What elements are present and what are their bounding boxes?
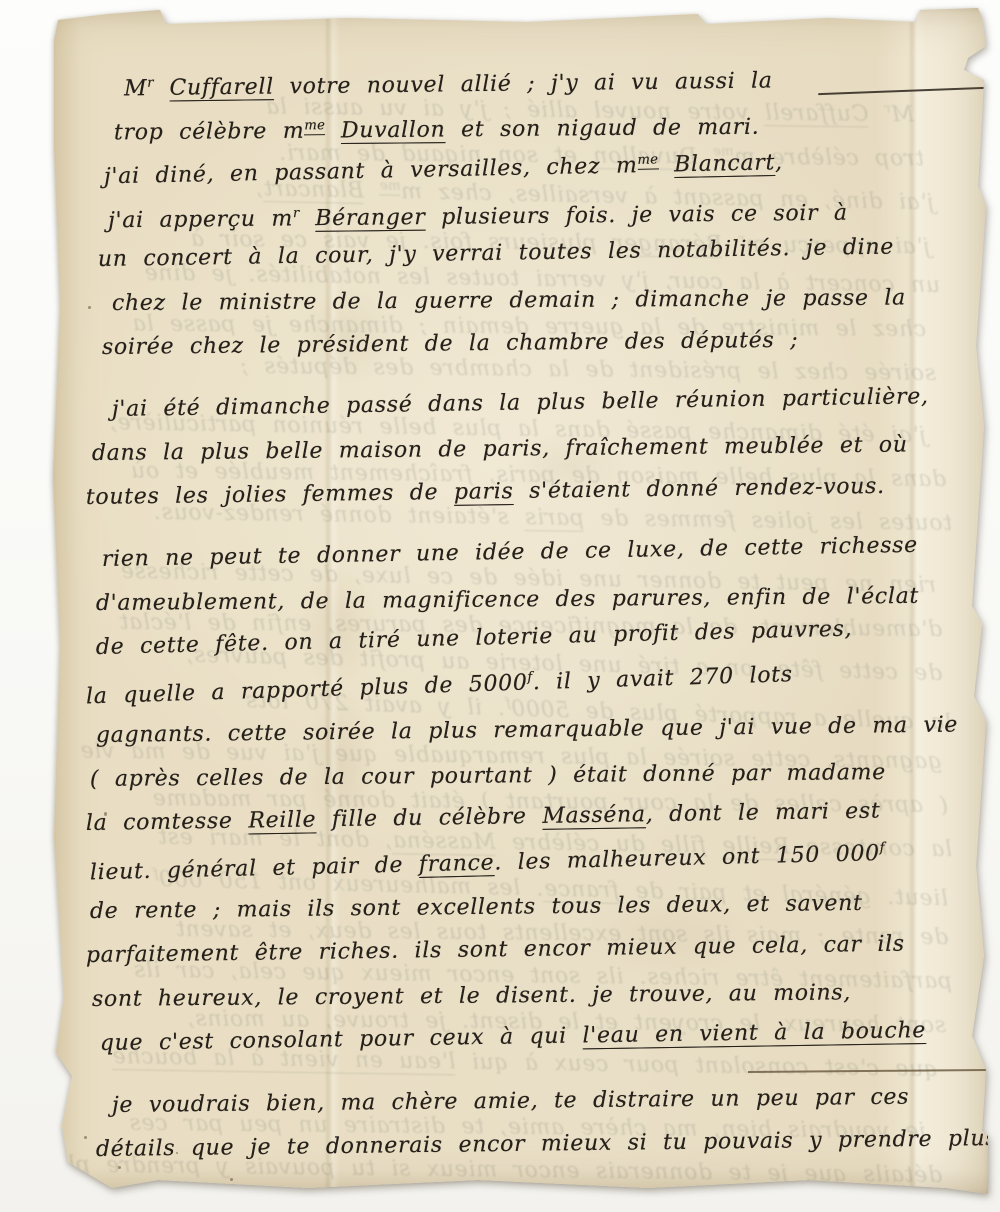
- letter-text-segment: votre nouvel allié ; j'y ai vu aussi la: [274, 68, 773, 99]
- letter-text-segment: [325, 118, 341, 143]
- letter-line: rien ne peut te donner une idée de ce lu…: [102, 523, 951, 582]
- letter-line: gagnants. cette soirée la plus remarquab…: [96, 704, 950, 758]
- letter-text-segment: [154, 76, 170, 101]
- letter-text-segment: chez le ministre de la guerre demain ; d…: [112, 285, 906, 316]
- letter-text-segment: f: [880, 841, 886, 856]
- letter-text-segment: détails que je te donnerais encor mieux …: [96, 1126, 990, 1162]
- letter-text-segment: j'ai apperçu m: [108, 206, 293, 233]
- letter-text-segment: [299, 206, 315, 231]
- letter-text-segment: Reille: [248, 807, 316, 833]
- letter-line: Mr Cuffarell votre nouvel allié ; j'y ai…: [124, 52, 950, 106]
- paper-sheet-wrap: Mr Cuffarell votre nouvel allié ; j'y ai…: [48, 6, 990, 1196]
- letter-paragraph: je voudrais bien, ma chère amie, te dist…: [78, 1084, 950, 1172]
- letter-text-segment: france: [419, 850, 495, 877]
- letter-text-segment: dans la plus belle maison de paris, fraî…: [92, 432, 908, 466]
- letter-text-segment: la comtesse: [86, 808, 249, 836]
- letter-text-segment: Masséna: [542, 802, 646, 829]
- letter-text-segment: rien ne peut te donner une idée de ce lu…: [102, 533, 918, 572]
- letter-text-segment: fille du célèbre: [316, 804, 542, 833]
- letter-text-segment: [658, 152, 674, 177]
- letter-paragraph: j'ai été dimanche passé dans la plus bel…: [78, 388, 950, 520]
- letter-text-segment: trop célèbre m: [114, 119, 305, 146]
- letter-paragraph: Mr Cuffarell votre nouvel allié ; j'y ai…: [78, 62, 950, 370]
- letter-text-segment: Duvallon: [341, 117, 446, 143]
- letter-text-segment: ,: [775, 150, 783, 175]
- letter-paragraph: rien ne peut te donner une idée de ce lu…: [78, 538, 950, 1066]
- letter-text-segment: paris: [454, 479, 514, 505]
- letter-line: soirée chez le président de la chambre d…: [102, 317, 950, 370]
- letter-text-segment: de rente ; mais ils sont excellents tous…: [90, 891, 863, 924]
- letter-text-segment: j'ai diné, en passant à versailles, chez…: [104, 153, 638, 189]
- letter-text-segment: lieut. général et pair de: [90, 852, 419, 885]
- letter-text-segment: sont heureux, le croyent et le disent. j…: [92, 980, 851, 1012]
- letter-text-segment: que c'est consolant pour ceux à qui: [100, 1023, 583, 1056]
- letter-text-segment: Blancart: [674, 150, 775, 177]
- letter-text-segment: un concert à la cour, j'y verrai toutes …: [98, 234, 894, 272]
- letter-text-segment: j'ai été dimanche passé dans la plus bel…: [112, 384, 929, 422]
- letter-text-segment: plusieurs fois. je vais ce soir à: [425, 201, 848, 230]
- letter-text-segment: toutes les jolies femmes de: [86, 480, 454, 510]
- letter-text-segment: soirée chez le président de la chambre d…: [102, 328, 799, 360]
- letter-text-segment: me: [637, 152, 658, 169]
- foxing-dot: [300, 1190, 302, 1192]
- letter-photo: Mr Cuffarell votre nouvel allié ; j'y ai…: [0, 0, 1000, 1212]
- letter-text-segment: M: [124, 76, 148, 101]
- letter-text-segment: Cuffarell: [169, 74, 274, 100]
- letter-text-segment: Béranger: [315, 205, 425, 231]
- letter-text: Mr Cuffarell votre nouvel allié ; j'y ai…: [48, 6, 990, 1196]
- letter-text-segment: l'eau en vient à la bouche: [582, 1018, 926, 1048]
- letter-page: Mr Cuffarell votre nouvel allié ; j'y ai…: [48, 6, 990, 1196]
- letter-text-segment: je voudrais bien, ma chère amie, te dist…: [112, 1085, 909, 1118]
- letter-text-segment: s'étaient donné rendez-vous.: [513, 474, 885, 504]
- letter-text-segment: la quelle a rapporté plus de 5000: [86, 670, 528, 709]
- letter-text-segment: . les malheureux ont 150 000: [494, 841, 880, 875]
- letter-text-segment: . il y avait 270 lots: [532, 662, 793, 695]
- letter-text-segment: ( après celles de la cour pourtant ) éta…: [90, 760, 886, 792]
- letter-text-segment: me: [304, 118, 325, 135]
- letter-line: détails que je te donnerais encor mieux …: [96, 1118, 950, 1172]
- letter-text-segment: parfaitement être riches. ils sont encor…: [86, 932, 905, 968]
- letter-text-segment: r: [147, 76, 154, 91]
- letter-text-segment: r: [293, 206, 300, 221]
- letter-text-segment: gagnants. cette soirée la plus remarquab…: [96, 712, 958, 748]
- letter-text-segment: , dont le mari est: [646, 799, 881, 828]
